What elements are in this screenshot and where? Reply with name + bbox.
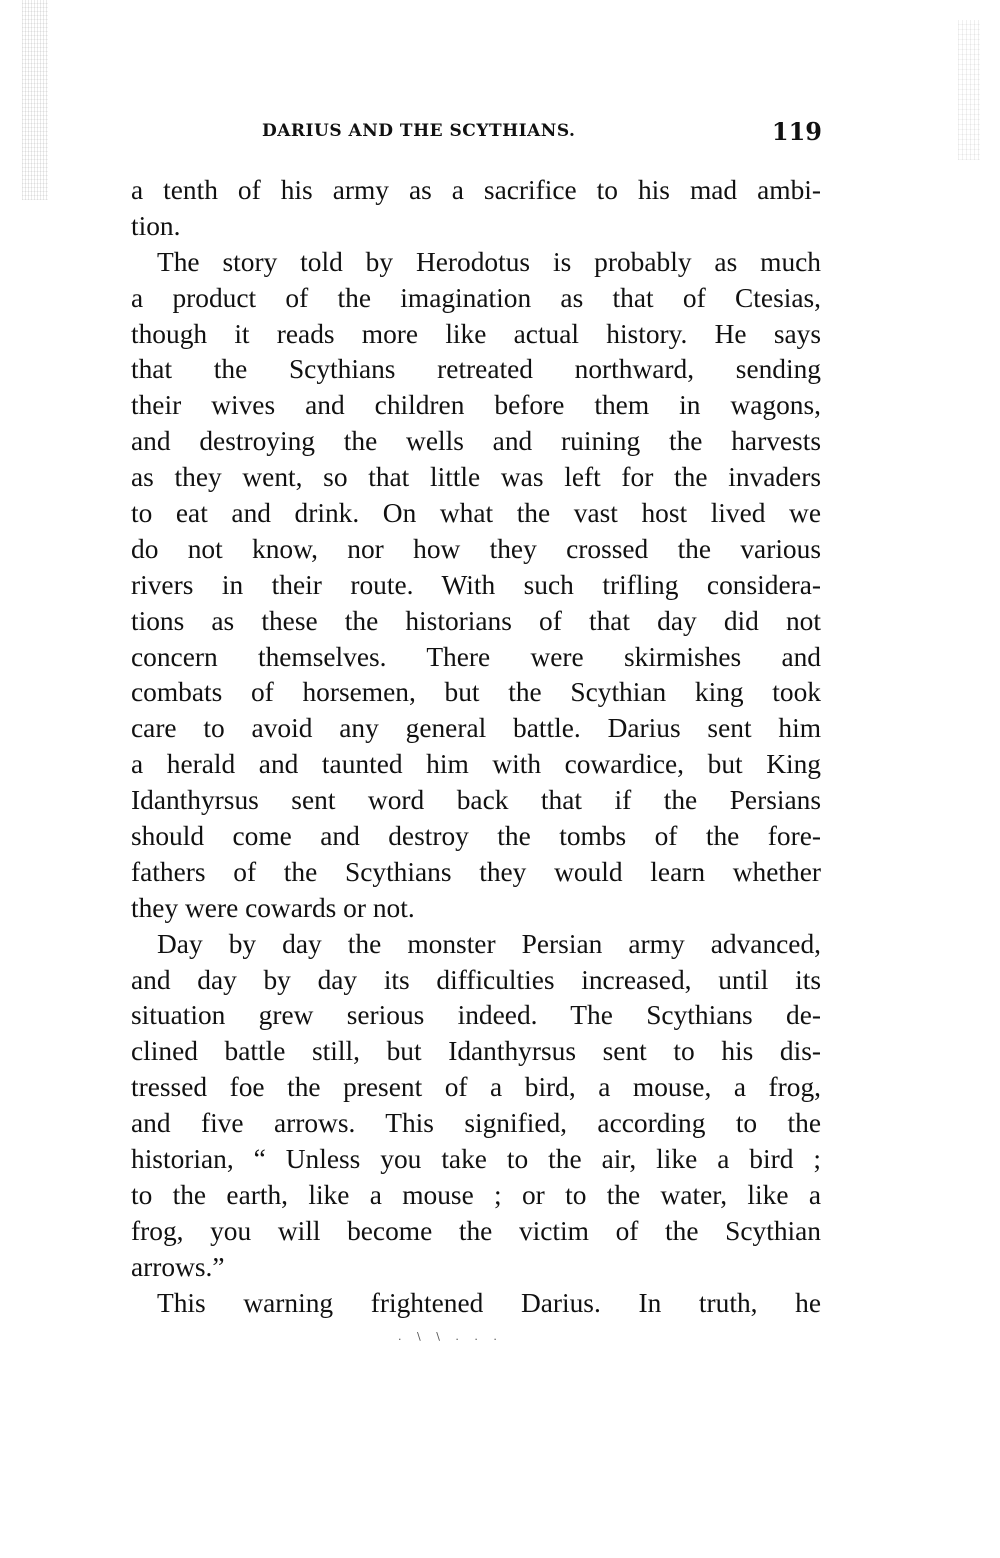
text-line: that the Scythians retreated northward, … xyxy=(131,352,821,388)
paragraph: This warning frightened Darius. In truth… xyxy=(131,1286,821,1322)
text-line: do not know, nor how they crossed the va… xyxy=(131,532,821,568)
paragraph: a tenth of his army as a sacrifice to hi… xyxy=(131,173,821,245)
text-line: a tenth of his army as a sacrifice to hi… xyxy=(131,173,821,209)
text-line: tressed foe the present of a bird, a mou… xyxy=(131,1070,821,1106)
text-line: rivers in their route. With such triflin… xyxy=(131,568,821,604)
text-line: Day by day the monster Persian army adva… xyxy=(131,927,821,963)
text-line: combats of horsemen, but the Scythian ki… xyxy=(131,675,821,711)
text-line: as they went, so that little was left fo… xyxy=(131,460,821,496)
text-line: and destroying the wells and ruining the… xyxy=(131,424,821,460)
text-line: Idanthyrsus sent word back that if the P… xyxy=(131,783,821,819)
text-line: their wives and children before them in … xyxy=(131,388,821,424)
body-text: a tenth of his army as a sacrifice to hi… xyxy=(131,173,821,1322)
text-line: situation grew serious indeed. The Scyth… xyxy=(131,998,821,1034)
text-line: historian, “ Unless you take to the air,… xyxy=(131,1142,821,1178)
running-title: Darius and the Scythians. xyxy=(262,121,575,141)
text-line: a product of the imagination as that of … xyxy=(131,281,821,317)
text-line: a herald and taunted him with cowardice,… xyxy=(131,747,821,783)
text-line: and day by day its difficulties increase… xyxy=(131,963,821,999)
text-line: and five arrows. This signified, accordi… xyxy=(131,1106,821,1142)
text-line: The story told by Herodotus is probably … xyxy=(131,245,821,281)
text-line: though it reads more like actual history… xyxy=(131,317,821,353)
scan-edge-artifact-right xyxy=(958,20,980,160)
text-line: tions as these the historians of that da… xyxy=(131,604,821,640)
page-number: 119 xyxy=(772,117,822,146)
paragraph: The story told by Herodotus is probably … xyxy=(131,245,821,927)
text-line: should come and destroy the tombs of the… xyxy=(131,819,821,855)
text-line: fathers of the Scythians they would lear… xyxy=(131,855,821,891)
scan-edge-artifact-left xyxy=(22,0,48,200)
text-line: arrows.” xyxy=(131,1250,821,1286)
scan-speckle-marks: . \ \ . . . xyxy=(398,1330,503,1343)
text-line: clined battle still, but Idanthyrsus sen… xyxy=(131,1034,821,1070)
text-line: to eat and drink. On what the vast host … xyxy=(131,496,821,532)
text-line: to the earth, like a mouse ; or to the w… xyxy=(131,1178,821,1214)
text-line: care to avoid any general battle. Darius… xyxy=(131,711,821,747)
text-line: tion. xyxy=(131,209,821,245)
text-line: they were cowards or not. xyxy=(131,891,821,927)
paragraph: Day by day the monster Persian army adva… xyxy=(131,927,821,1286)
text-line: This warning frightened Darius. In truth… xyxy=(131,1286,821,1322)
running-head: Darius and the Scythians. 119 xyxy=(132,117,822,151)
text-line: concern themselves. There were skirmishe… xyxy=(131,640,821,676)
text-line: frog, you will become the victim of the … xyxy=(131,1214,821,1250)
